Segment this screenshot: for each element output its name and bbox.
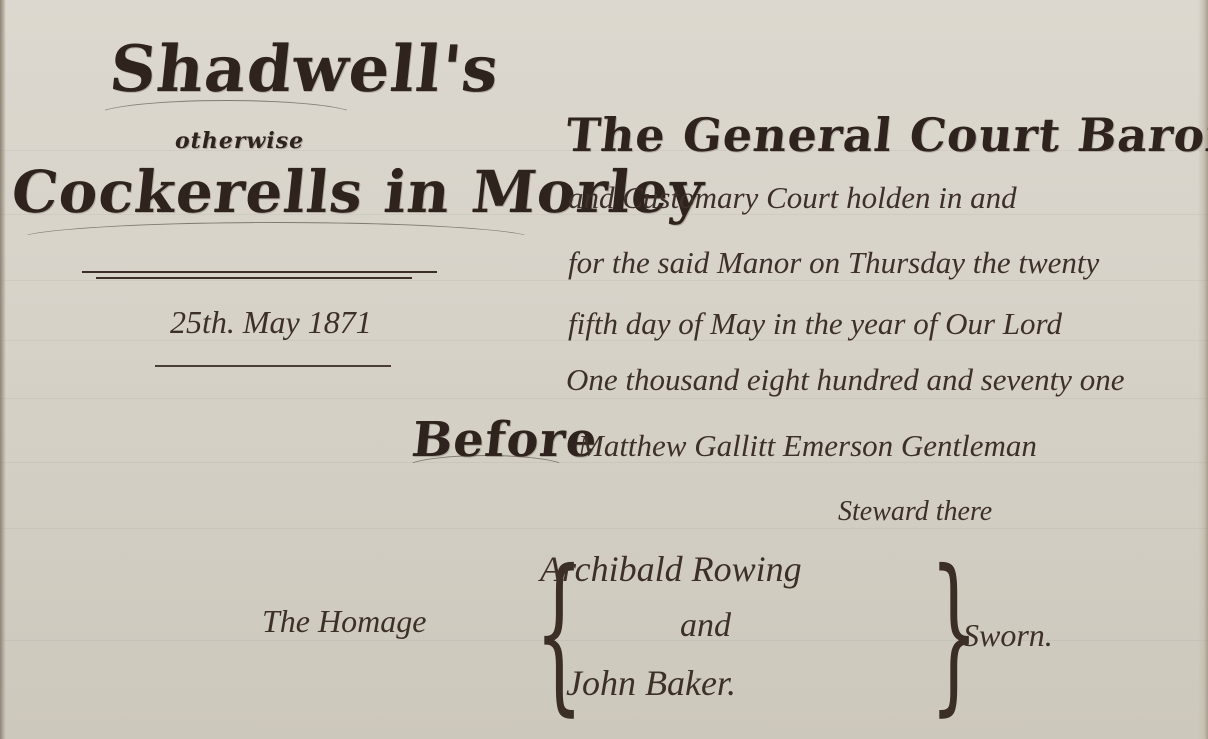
- double-rule-bottom: [96, 277, 412, 279]
- sworn-status: Sworn.: [963, 617, 1053, 654]
- court-text-line: and Customary Court holden in and: [568, 180, 1017, 216]
- double-rule-top: [82, 271, 437, 273]
- page-binding-edge-left: [0, 0, 6, 739]
- juror-name: John Baker.: [566, 662, 736, 704]
- date-underline: [155, 365, 391, 367]
- juror-name: Archibald Rowing: [540, 548, 802, 590]
- steward-name: Matthew Gallitt Emerson Gentleman: [578, 428, 1037, 464]
- alias-word: otherwise: [175, 128, 304, 154]
- calligraphic-flourish: [405, 455, 567, 481]
- ruled-line: [0, 398, 1208, 399]
- ruled-line: [0, 528, 1208, 529]
- court-text-line: One thousand eight hundred and seventy o…: [566, 362, 1124, 398]
- steward-title: Steward there: [838, 496, 992, 528]
- court-text-line: fifth day of May in the year of Our Lord: [568, 306, 1062, 342]
- juror-conjunction: and: [680, 607, 731, 645]
- manor-name-heading: Shadwell's: [106, 32, 503, 107]
- heading-date: 25th. May 1871: [170, 304, 372, 341]
- homage-label: The Homage: [262, 603, 426, 640]
- calligraphic-flourish: [15, 222, 537, 258]
- court-text-line: for the said Manor on Thursday the twent…: [568, 245, 1099, 281]
- court-title: The General Court Baron: [563, 108, 1208, 162]
